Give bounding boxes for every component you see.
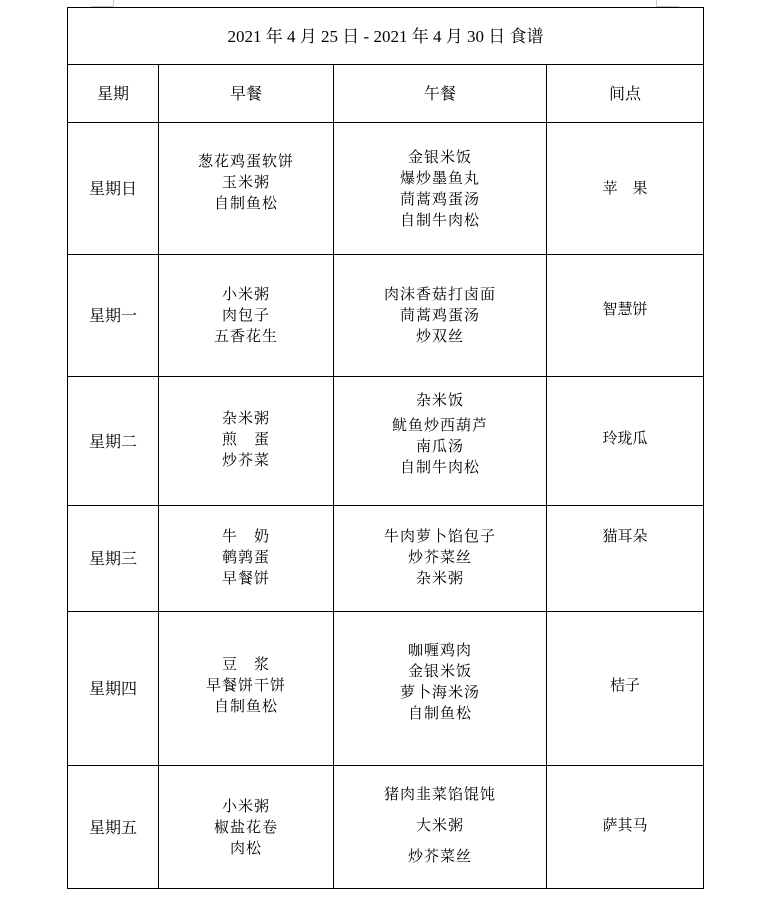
day-label: 星期四 (68, 612, 159, 766)
dish: 炒双丝 (334, 326, 546, 347)
dish: 猪肉韭菜馅馄饨 (334, 784, 546, 805)
dish: 葱花鸡蛋软饼 (159, 151, 333, 172)
dish: 杂米饭 (334, 390, 546, 411)
lunch-cell: 猪肉韭菜馅馄饨 大米粥 炒芥菜丝 (334, 766, 547, 889)
dish: 椒盐花卷 (159, 817, 333, 838)
dish: 自制鱼松 (334, 703, 546, 724)
lunch-cell: 金银米饭 爆炒墨鱼丸 茼蒿鸡蛋汤 自制牛肉松 (334, 123, 547, 255)
dish: 爆炒墨鱼丸 (334, 168, 546, 189)
dish: 炒芥菜丝 (334, 846, 546, 867)
dish: 茼蒿鸡蛋汤 (334, 189, 546, 210)
dish: 茼蒿鸡蛋汤 (334, 305, 546, 326)
dish: 五香花生 (159, 326, 333, 347)
table-row: 星期四 豆 浆 早餐饼干饼 自制鱼松 咖喱鸡肉 金银米饭 萝卜海米汤 自制鱼松 … (68, 612, 704, 766)
day-label: 星期五 (68, 766, 159, 889)
header-lunch: 午餐 (334, 65, 547, 123)
dish: 肉沫香菇打卤面 (334, 284, 546, 305)
dish: 杂米粥 (159, 408, 333, 429)
snack-cell: 萨其马 (547, 766, 704, 889)
header-breakfast: 早餐 (159, 65, 334, 123)
snack-cell: 玲珑瓜 (547, 377, 704, 506)
dish: 牛 奶 (159, 526, 333, 547)
header-row: 星期 早餐 午餐 间点 (68, 65, 704, 123)
dish: 肉松 (159, 838, 333, 859)
dish: 萝卜海米汤 (334, 682, 546, 703)
breakfast-cell: 小米粥 椒盐花卷 肉松 (159, 766, 334, 889)
day-label: 星期二 (68, 377, 159, 506)
breakfast-cell: 牛 奶 鹌鹑蛋 早餐饼 (159, 506, 334, 612)
dish: 小米粥 (159, 284, 333, 305)
breakfast-cell: 杂米粥 煎 蛋 炒芥菜 (159, 377, 334, 506)
snack-cell: 智慧饼 (547, 255, 704, 377)
breakfast-cell: 葱花鸡蛋软饼 玉米粥 自制鱼松 (159, 123, 334, 255)
dish: 金银米饭 (334, 147, 546, 168)
breakfast-cell: 豆 浆 早餐饼干饼 自制鱼松 (159, 612, 334, 766)
weekly-menu-table: 2021 年 4 月 25 日 - 2021 年 4 月 30 日 食谱 星期 … (67, 7, 704, 889)
dish: 牛肉萝卜馅包子 (334, 526, 546, 547)
day-label: 星期一 (68, 255, 159, 377)
dish: 鹌鹑蛋 (159, 547, 333, 568)
day-label: 星期日 (68, 123, 159, 255)
dish: 早餐饼干饼 (159, 675, 333, 696)
dish: 炒芥菜 (159, 450, 333, 471)
dish: 玉米粥 (159, 172, 333, 193)
dish: 咖喱鸡肉 (334, 640, 546, 661)
day-label: 星期三 (68, 506, 159, 612)
table-row: 星期五 小米粥 椒盐花卷 肉松 猪肉韭菜馅馄饨 大米粥 炒芥菜丝 萨其马 (68, 766, 704, 889)
dish: 自制鱼松 (159, 193, 333, 214)
dish: 煎 蛋 (159, 429, 333, 450)
dish: 自制鱼松 (159, 696, 333, 717)
lunch-cell: 杂米饭 鱿鱼炒西葫芦 南瓜汤 自制牛肉松 (334, 377, 547, 506)
snack-cell: 桔子 (547, 612, 704, 766)
lunch-cell: 咖喱鸡肉 金银米饭 萝卜海米汤 自制鱼松 (334, 612, 547, 766)
dish: 自制牛肉松 (334, 210, 546, 231)
table-row: 星期日 葱花鸡蛋软饼 玉米粥 自制鱼松 金银米饭 爆炒墨鱼丸 茼蒿鸡蛋汤 自制牛… (68, 123, 704, 255)
dish: 南瓜汤 (334, 436, 546, 457)
dish: 肉包子 (159, 305, 333, 326)
dish: 大米粥 (334, 815, 546, 836)
dish: 金银米饭 (334, 661, 546, 682)
title-row: 2021 年 4 月 25 日 - 2021 年 4 月 30 日 食谱 (68, 8, 704, 65)
dish: 小米粥 (159, 796, 333, 817)
table-row: 星期二 杂米粥 煎 蛋 炒芥菜 杂米饭 鱿鱼炒西葫芦 南瓜汤 自制牛肉松 玲珑瓜 (68, 377, 704, 506)
dish: 炒芥菜丝 (334, 547, 546, 568)
snack-cell: 猫耳朵 (547, 506, 704, 612)
header-snack: 间点 (547, 65, 704, 123)
table-row: 星期三 牛 奶 鹌鹑蛋 早餐饼 牛肉萝卜馅包子 炒芥菜丝 杂米粥 猫耳朵 (68, 506, 704, 612)
header-day: 星期 (68, 65, 159, 123)
lunch-cell: 肉沫香菇打卤面 茼蒿鸡蛋汤 炒双丝 (334, 255, 547, 377)
dish: 自制牛肉松 (334, 457, 546, 478)
lunch-cell: 牛肉萝卜馅包子 炒芥菜丝 杂米粥 (334, 506, 547, 612)
table-row: 星期一 小米粥 肉包子 五香花生 肉沫香菇打卤面 茼蒿鸡蛋汤 炒双丝 智慧饼 (68, 255, 704, 377)
dish: 鱿鱼炒西葫芦 (334, 415, 546, 436)
menu-title: 2021 年 4 月 25 日 - 2021 年 4 月 30 日 食谱 (68, 8, 704, 65)
dish: 豆 浆 (159, 654, 333, 675)
dish: 早餐饼 (159, 568, 333, 589)
dish: 杂米粥 (334, 568, 546, 589)
breakfast-cell: 小米粥 肉包子 五香花生 (159, 255, 334, 377)
snack-cell: 苹 果 (547, 123, 704, 255)
